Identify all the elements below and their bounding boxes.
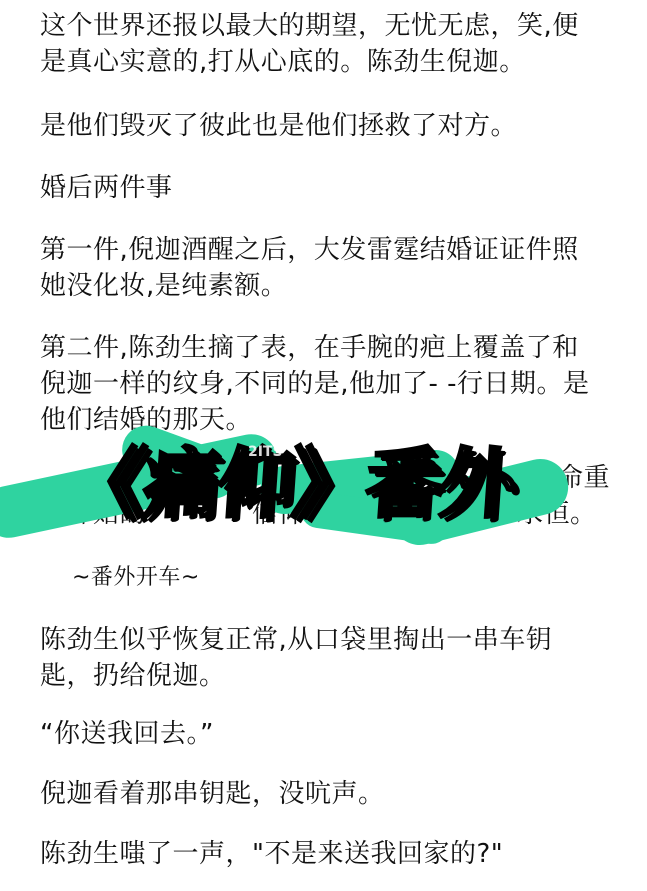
paragraph-3-heading: 婚后两件事 — [40, 170, 620, 206]
paragraph-2: 是他们毁灭了彼此也是他们拯救了对方。 — [40, 108, 620, 144]
text-line: 新开始的 信仰不再痛苦 永恒。 — [40, 496, 620, 532]
document-page: 这个世界还报以最大的期望，无忧无虑，笑,便 是真心实意的,打从心底的。陈劲生倪迦… — [0, 0, 647, 891]
text-line: 她没化妆,是纯素额。 — [40, 268, 620, 304]
paragraph-6-partial: 命重 新开始的 信仰不再痛苦 永恒。 — [40, 460, 620, 532]
paragraph-8: 陈劲生似乎恢复正常,从口袋里掏出一串车钥 匙，扔给倪迦。 — [40, 622, 620, 694]
text-line: 陈劲生似乎恢复正常,从口袋里掏出一串车钥 — [40, 622, 620, 658]
text-line: 匙，扔给倪迦。 — [40, 658, 620, 694]
section-divider: ~番外开车~ — [72, 560, 647, 596]
paragraph-1: 这个世界还报以最大的期望，无忧无虑，笑,便 是真心实意的,打从心底的。陈劲生倪迦… — [40, 8, 620, 80]
text-line: 是他们毁灭了彼此也是他们拯救了对方。 — [40, 108, 620, 144]
text-line: 倪迦看着那串钥匙，没吭声。 — [40, 776, 620, 812]
watermark-text: 2ITS — [248, 444, 283, 460]
text-line: 第二件,陈劲生摘了表，在手腕的疤上覆盖了和 — [40, 330, 620, 366]
paragraph-11: 陈劲生嗤了一声，"不是来送我回家的?" — [40, 836, 620, 872]
text-line: “你送我回去。” — [40, 716, 620, 752]
text-line: ~番外开车~ — [72, 560, 647, 596]
text-line: 他们结婚的那天。 — [40, 402, 620, 438]
paragraph-10: 倪迦看着那串钥匙，没吭声。 — [40, 776, 620, 812]
text-line: 命重 — [40, 460, 620, 496]
text-line: 倪迦一样的纹身,不同的是,他加了- -行日期。是 — [40, 366, 620, 402]
text-line: 婚后两件事 — [40, 170, 620, 206]
text-line: 陈劲生嗤了一声，"不是来送我回家的?" — [40, 836, 620, 872]
text-line: 第一件,倪迦酒醒之后，大发雷霆结婚证证件照 — [40, 232, 620, 268]
text-line: 这个世界还报以最大的期望，无忧无虑，笑,便 — [40, 8, 620, 44]
paragraph-5: 第二件,陈劲生摘了表，在手腕的疤上覆盖了和 倪迦一样的纹身,不同的是,他加了- … — [40, 330, 620, 438]
paragraph-9-dialogue: “你送我回去。” — [40, 716, 620, 752]
text-line: 是真心实意的,打从心底的。陈劲生倪迦。 — [40, 44, 620, 80]
paragraph-4: 第一件,倪迦酒醒之后，大发雷霆结婚证证件照 她没化妆,是纯素额。 — [40, 232, 620, 304]
